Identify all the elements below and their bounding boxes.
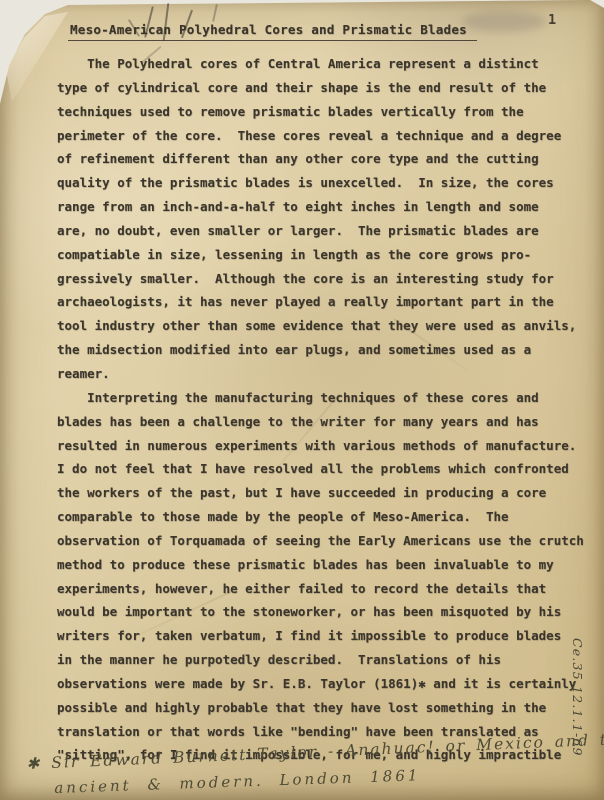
typescript-line: observation of Torquamada of seeing the … [57,529,592,553]
typescript-body: The Polyhedral cores of Central America … [57,52,592,767]
document-title: Meso-American Polyhedral Cores and Prism… [68,22,477,41]
typescript-line: reamer. [57,362,592,386]
typescript-line: gressively smaller. Although the core is… [57,267,592,291]
typescript-line: tool industry other than some evidence t… [57,314,592,338]
typescript-line: comparable to those made by the people o… [57,505,592,529]
typescript-line: quality of the prismatic blades is unexc… [57,171,592,195]
typescript-line: archaeologists, it has never played a re… [57,290,592,314]
typescript-line: range from an inch-and-a-half to eight i… [57,195,592,219]
typescript-line: are, no doubt, even smaller or larger. T… [57,219,592,243]
typescript-line: would be important to the stoneworker, o… [57,600,592,624]
typescript-line: techniques used to remove prismatic blad… [57,100,592,124]
typescript-line: in the manner he purpotedly described. T… [57,648,592,672]
typescript-line: writers for, taken verbatum, I find it i… [57,624,592,648]
typescript-line: experiments, however, he either failed t… [57,577,592,601]
typescript-line: the workers of the past, but I have succ… [57,481,592,505]
page-number: 1 [548,12,556,28]
scanned-document-page: 1 Meso-American Polyhedral Cores and Pri… [0,0,604,800]
catalog-number-margin-note: Ce.35.12.1.1-69 [570,638,585,757]
typescript-line: perimeter of the core. These cores revea… [57,124,592,148]
typescript-line: the midsection modified into ear plugs, … [57,338,592,362]
typescript-line: of refinement different than any other c… [57,147,592,171]
typescript-line: type of cylindrical core and their shape… [57,76,592,100]
typescript-line: possible and highly probable that they h… [57,696,592,720]
typescript-line: resulted in numerous experiments with va… [57,434,592,458]
typescript-line: blades has been a challenge to the write… [57,410,592,434]
typescript-line: Interpreting the manufacturing technique… [57,386,592,410]
typescript-line: I do not feel that I have resolved all t… [57,457,592,481]
typescript-line: compatiable in size, lessening in length… [57,243,592,267]
typescript-line: The Polyhedral cores of Central America … [57,52,592,76]
typescript-line: observations were made by Sr. E.B. Taylo… [57,672,592,696]
typescript-line: method to produce these prismatic blades… [57,553,592,577]
